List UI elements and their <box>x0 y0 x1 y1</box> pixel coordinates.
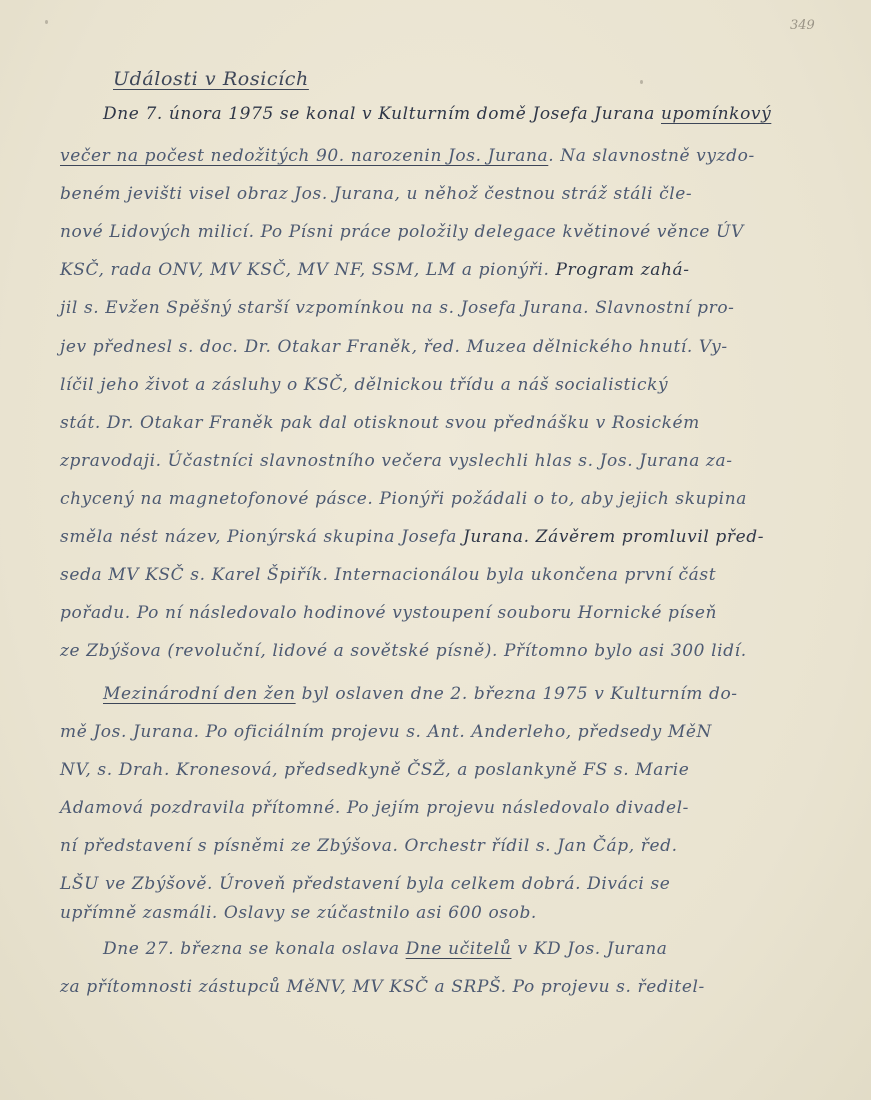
text-run: . Na slavnostně vyzdo- <box>548 146 755 166</box>
text-run: LŠU ve Zbýšově. Úroveň představení byla … <box>60 874 670 894</box>
text-line: líčil jeho život a zásluhy o KSČ, dělnic… <box>60 374 668 396</box>
text-run: v KD Jos. Jurana <box>511 939 667 959</box>
text-line: LŠU ve Zbýšově. Úroveň představení byla … <box>60 873 670 895</box>
underlined-phrase: večer na počest nedožitých 90. narozenin… <box>60 146 548 166</box>
text-line: za přítomnosti zástupců MěNV, MV KSČ a S… <box>60 976 705 998</box>
text-run: seda MV KSČ s. Karel Špiřík. Internacion… <box>60 565 716 585</box>
text-line: ze Zbýšova (revoluční, lidové a sovětské… <box>60 640 747 662</box>
text-line: beném jevišti visel obraz Jos. Jurana, u… <box>60 183 692 205</box>
text-run: pořadu. Po ní následovalo hodinové vysto… <box>60 603 717 623</box>
text-run: za přítomnosti zástupců MěNV, MV KSČ a S… <box>60 977 705 997</box>
page-number: 349 <box>790 18 815 33</box>
text-line: stát. Dr. Otakar Franěk pak dal otisknou… <box>60 412 700 434</box>
underlined-phrase: upomínkový <box>661 104 771 124</box>
text-run: směla nést název, Pionýrská skupina Jose… <box>60 527 463 547</box>
underlined-phrase: Dne učitelů <box>406 939 512 959</box>
text-run: nové Lidových milicí. Po Písni práce pol… <box>60 222 744 242</box>
text-line: nové Lidových milicí. Po Písni práce pol… <box>60 221 744 243</box>
text-run: jev přednesl s. doc. Dr. Otakar Franěk, … <box>60 337 728 357</box>
text-line: zpravodaji. Účastníci slavnostního večer… <box>60 450 733 472</box>
text-line: pořadu. Po ní následovalo hodinové vysto… <box>60 602 717 624</box>
text-line: jil s. Evžen Spěšný starší vzpomínkou na… <box>60 297 735 319</box>
text-run: Jurana. Závěrem promluvil před- <box>463 527 764 547</box>
text-run: jil s. Evžen Spěšný starší vzpomínkou na… <box>60 298 735 318</box>
text-line: večer na počest nedožitých 90. narozenin… <box>60 145 755 167</box>
text-line: Mezinárodní den žen byl oslaven dne 2. b… <box>103 683 738 705</box>
text-run: byl oslaven dne 2. března 1975 v Kulturn… <box>296 684 738 704</box>
text-line: ní představení s písněmi ze Zbýšova. Orc… <box>60 835 678 857</box>
text-run: NV, s. Drah. Kronesová, předsedkyně ČSŽ,… <box>60 760 689 780</box>
text-line: mě Jos. Jurana. Po oficiálním projevu s.… <box>60 721 712 743</box>
text-run: Adamová pozdravila přítomné. Po jejím pr… <box>60 798 689 818</box>
text-run: Program zahá- <box>555 260 689 280</box>
page-title: Události v Rosicích <box>113 68 309 90</box>
text-run: chycený na magnetofonové pásce. Pionýři … <box>60 489 747 509</box>
text-run: zpravodaji. Účastníci slavnostního večer… <box>60 451 733 471</box>
manuscript-page: 349 Události v Rosicích Dne 7. února 197… <box>0 0 871 1100</box>
underlined-phrase: Mezinárodní den žen <box>103 684 296 704</box>
text-run: beném jevišti visel obraz Jos. Jurana, u… <box>60 184 692 204</box>
text-run: ní představení s písněmi ze Zbýšova. Orc… <box>60 836 678 856</box>
text-run: líčil jeho život a zásluhy o KSČ, dělnic… <box>60 375 668 395</box>
text-run: mě Jos. Jurana. Po oficiálním projevu s.… <box>60 722 712 742</box>
text-run: Dne 27. března se konala oslava <box>103 939 406 959</box>
text-run: Dne 7. února 1975 se konal v Kulturním d… <box>103 104 661 124</box>
paper-speck <box>640 80 643 84</box>
text-run: upřímně zasmáli. Oslavy se zúčastnilo as… <box>60 903 537 923</box>
text-run: stát. Dr. Otakar Franěk pak dal otisknou… <box>60 413 700 433</box>
text-line: upřímně zasmáli. Oslavy se zúčastnilo as… <box>60 902 537 924</box>
paper-speck <box>45 20 48 24</box>
text-run: ze Zbýšova (revoluční, lidové a sovětské… <box>60 641 747 661</box>
text-line: jev přednesl s. doc. Dr. Otakar Franěk, … <box>60 336 728 358</box>
text-line: seda MV KSČ s. Karel Špiřík. Internacion… <box>60 564 716 586</box>
text-line: Dne 27. března se konala oslava Dne učit… <box>103 938 668 960</box>
text-line: Adamová pozdravila přítomné. Po jejím pr… <box>60 797 689 819</box>
text-line: KSČ, rada ONV, MV KSČ, MV NF, SSM, LM a … <box>60 259 690 281</box>
text-line: chycený na magnetofonové pásce. Pionýři … <box>60 488 747 510</box>
text-run: KSČ, rada ONV, MV KSČ, MV NF, SSM, LM a … <box>60 260 555 280</box>
text-line: směla nést název, Pionýrská skupina Jose… <box>60 526 764 548</box>
text-line: NV, s. Drah. Kronesová, předsedkyně ČSŽ,… <box>60 759 689 781</box>
text-line: Dne 7. února 1975 se konal v Kulturním d… <box>103 103 771 125</box>
